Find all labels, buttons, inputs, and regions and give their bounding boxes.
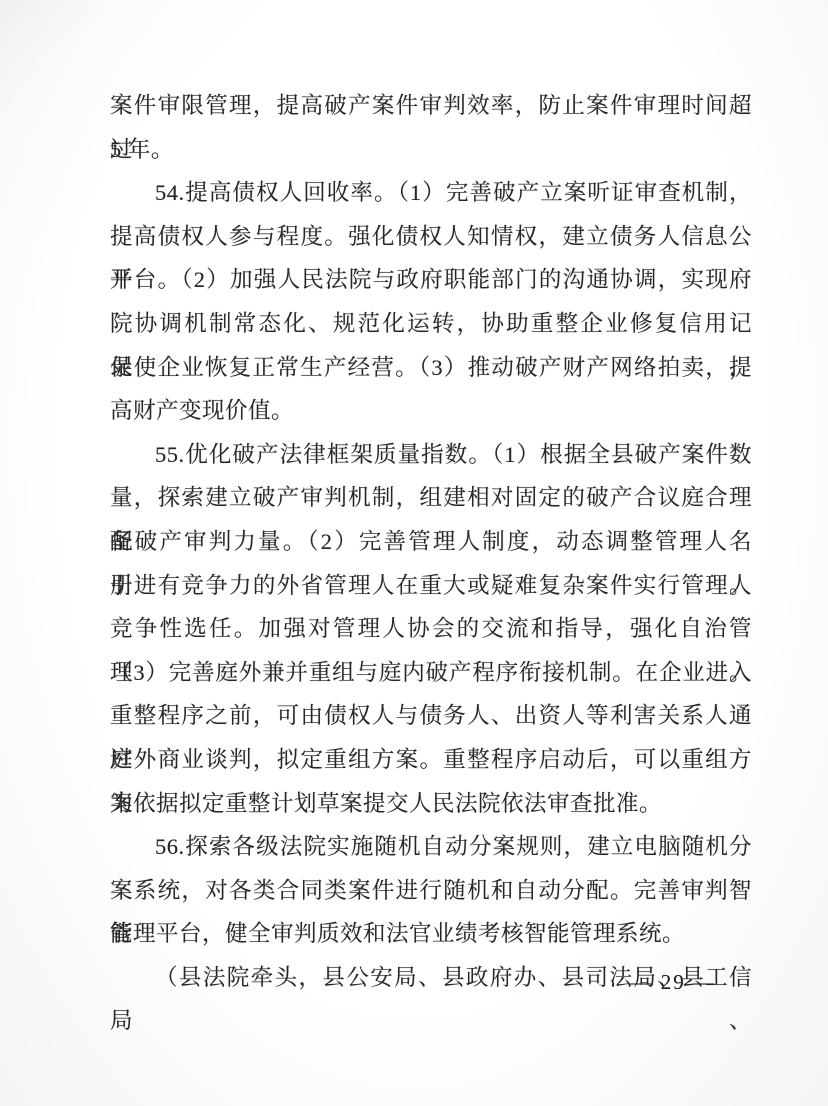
- text-line: 高财产变现价值。: [110, 389, 752, 433]
- text-line: 竞争性选任。加强对管理人协会的交流和指导，强化自治管理。: [110, 607, 752, 651]
- text-line: （3）完善庭外兼并重组与庭内破产程序衔接机制。在企业进入: [110, 651, 752, 695]
- document-page: 案件审限管理，提高破产案件审判效率，防止案件审理时间超过5 年。54.提高债权人…: [0, 0, 828, 1106]
- text-line: 平台。（2）加强人民法院与政府职能部门的沟通协调，实现府: [110, 258, 752, 302]
- page-number: — 29 —: [631, 970, 717, 995]
- text-line: 56.探索各级法院实施随机自动分案规则，建立电脑随机分: [110, 825, 752, 869]
- text-line: 量，探索建立破产审判机制，组建相对固定的破产合议庭合理配: [110, 476, 752, 520]
- text-line: 重整程序之前，可由债权人与债务人、出资人等利害关系人通过: [110, 694, 752, 738]
- text-line: 为依据拟定重整计划草案提交人民法院依法审查批准。: [110, 782, 752, 826]
- text-line: 院协调机制常态化、规范化运转，协助重整企业修复信用记录，: [110, 302, 752, 346]
- text-line: 管理平台，健全审判质效和法官业绩考核智能管理系统。: [110, 912, 752, 956]
- text-line: 提高债权人参与程度。强化债权人知情权，建立债务人信息公开: [110, 215, 752, 259]
- text-line: 引进有竞争力的外省管理人在重大或疑难复杂案件实行管理人: [110, 564, 752, 608]
- text-line: 庭外商业谈判，拟定重组方案。重整程序启动后，可以重组方案: [110, 738, 752, 782]
- text-line: 促使企业恢复正常生产经营。（3）推动破产财产网络拍卖，提: [110, 346, 752, 390]
- text-line: 54.提高债权人回收率。（1）完善破产立案听证审查机制，: [110, 171, 752, 215]
- text-line: 案系统，对各类合同类案件进行随机和自动分配。完善审判智能: [110, 869, 752, 913]
- text-line: 案件审限管理，提高破产案件审判效率，防止案件审理时间超过: [110, 84, 752, 128]
- text-line: 55.优化破产法律框架质量指数。（1）根据全县破产案件数: [110, 433, 752, 477]
- document-body: 案件审限管理，提高破产案件审判效率，防止案件审理时间超过5 年。54.提高债权人…: [110, 84, 752, 999]
- text-line: 备破产审判力量。（2）完善管理人制度，动态调整管理人名册。: [110, 520, 752, 564]
- text-line: 5 年。: [110, 128, 752, 172]
